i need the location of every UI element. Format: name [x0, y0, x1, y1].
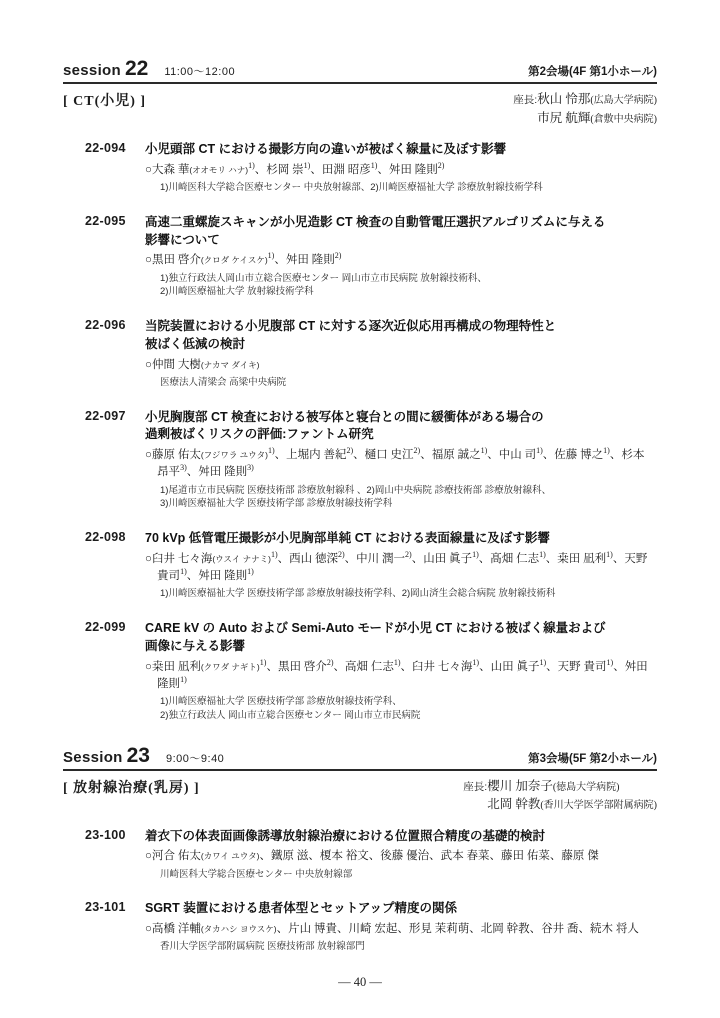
session-time: 9:00〜9:40 — [166, 750, 224, 766]
author-name: 桒田 凪利 — [152, 661, 201, 673]
author-name: 高橋 洋輔 — [152, 923, 201, 935]
author-separator: 、 — [308, 850, 320, 862]
author-separator: 、 — [369, 850, 381, 862]
presentation-body: CARE kV の Auto および Semi-Auto モードが小児 CT に… — [145, 620, 657, 723]
author-kana: (クロダ ケイスケ) — [201, 255, 268, 265]
session-venue: 第2会場(4F 第1小ホール) — [528, 63, 657, 79]
session-chairs: 座長:櫻川 加奈子(徳島大学病院)北岡 幹教(香川大学医学部附属病院) — [463, 777, 657, 814]
chair-label: 座長: — [513, 90, 537, 107]
author-affiliation-superscript: 1) — [603, 446, 610, 455]
chair-person-name: 北岡 幹教 — [487, 797, 540, 811]
program-page: session2211:00〜12:00第2会場(4F 第1小ホール)[ CT(… — [0, 0, 720, 1018]
author-name: 山田 眞子 — [491, 661, 540, 673]
author-separator: 、 — [546, 661, 558, 673]
presentation-body: 高速二重螺旋スキャンが小児造影 CT 検査の自動管電圧選択アルゴリズムに与える影… — [145, 214, 657, 299]
chair-affiliation: (倉敷中央病院) — [590, 114, 657, 125]
author-affiliation-superscript: 2) — [338, 550, 345, 559]
presenter-circle-mark: ○ — [145, 254, 152, 266]
presentation-title-line: 小児頭部 CT における撮影方向の違いが被ばく線量に及ぼす影響 — [145, 141, 657, 159]
session-number: 22 — [125, 58, 148, 79]
presentation-authors: ○河合 佑太(カワイ ユウタ)、鐵原 滋、榎本 裕文、後藤 優治、武本 春菜、藤… — [145, 848, 657, 865]
chair-affiliation: (徳島大学病院) — [553, 782, 620, 793]
session-22: session2211:00〜12:00第2会場(4F 第1小ホール)[ CT(… — [63, 58, 657, 723]
presentation-body: 小児頭部 CT における撮影方向の違いが被ばく線量に及ぼす影響○大森 華(オオモ… — [145, 141, 657, 195]
author-name: 臼井 七々海 — [152, 553, 212, 565]
presentation-title-line: 画像に与える影響 — [145, 638, 657, 656]
author-affiliation-superscript: 3) — [180, 463, 187, 472]
author-separator: 、 — [275, 449, 287, 461]
presenter-circle-mark: ○ — [145, 553, 152, 565]
presentation-affiliations: 1)川崎医療福祉大学 医療技術学部 診療放射線技術学科、2)独立行政法人 岡山市… — [145, 695, 657, 723]
presentation-affiliations: 香川大学医学部附属病院 医療技術部 放射線部門 — [145, 940, 657, 954]
affiliation-line: 2)川崎医療福祉大学 放射線技術学科 — [160, 285, 657, 299]
author-separator: 、 — [278, 553, 290, 565]
author-name: 武本 春菜 — [441, 850, 490, 862]
presentation-code: 23-101 — [85, 900, 145, 954]
author-affiliation-superscript: 3) — [247, 463, 254, 472]
author-name: 高畑 仁志 — [345, 661, 394, 673]
affiliation-line: 1)川崎医療福祉大学 医療技術学部 診療放射線技術学科、 — [160, 695, 657, 709]
author-name: 続木 将人 — [590, 923, 639, 935]
presentation-code: 22-096 — [85, 318, 145, 390]
author-name: 藤原 佑太 — [152, 449, 201, 461]
presentation-item: 22-095高速二重螺旋スキャンが小児造影 CT 検査の自動管電圧選択アルゴリズ… — [63, 214, 657, 299]
presentation-item: 22-096当院装置における小児腹部 CT に対する逐次近似応用再構成の物理特性… — [63, 318, 657, 390]
chair-row: 北岡 幹教(香川大学医学部附属病院) — [487, 795, 657, 814]
author-separator: 、 — [487, 449, 499, 461]
presenter-circle-mark: ○ — [145, 850, 152, 862]
author-name: 舛田 隆則 — [389, 164, 438, 176]
presentation-title: CARE kV の Auto および Semi-Auto モードが小児 CT に… — [145, 620, 657, 656]
author-separator: 、 — [490, 850, 502, 862]
presenter-circle-mark: ○ — [145, 923, 152, 935]
author-separator: 、 — [479, 661, 491, 673]
affiliation-line: 1)独立行政法人岡山市立総合医療センター 岡山市立市民病院 放射線技術科、 — [160, 272, 657, 286]
presentation-code: 22-098 — [85, 530, 145, 601]
author-name: 中山 司 — [499, 449, 536, 461]
chair-affiliation: (広島大学病院) — [590, 95, 657, 106]
presentation-title-line: 70 kVp 低管電圧撮影が小児胸部単純 CT における表面線量に及ぼす影響 — [145, 530, 657, 548]
presentation-authors: ○大森 華(オオモリ ハナ)1)、杉岡 崇1)、田淵 昭彦1)、舛田 隆則2) — [145, 162, 657, 179]
author-separator: 、 — [334, 661, 346, 673]
author-separator: 、 — [479, 553, 491, 565]
session-category: [ CT(小児) ] — [63, 90, 146, 127]
presentation-authors: ○高橋 洋輔(タカハシ ヨウスケ)、片山 博貴、川崎 宏起、形見 茉莉萌、北岡 … — [145, 921, 657, 938]
author-name: 黒田 啓介 — [152, 254, 201, 266]
author-name: 杉岡 崇 — [266, 164, 303, 176]
presentation-code: 22-097 — [85, 409, 145, 512]
author-separator: 、 — [412, 553, 424, 565]
presentation-item: 23-100着衣下の体表面画像誘導放射線治療における位置照合精度の基礎的検討○河… — [63, 828, 657, 882]
author-separator: 、 — [377, 164, 389, 176]
author-affiliation-superscript: 2) — [405, 550, 412, 559]
author-separator: 、 — [345, 553, 357, 565]
author-affiliation-superscript: 1) — [247, 567, 254, 576]
session-meta: [ CT(小児) ]座長:秋山 怜那(広島大学病院)市尻 航輝(倉敷中央病院) — [63, 90, 657, 127]
author-kana: (フジワラ ユウタ) — [201, 450, 268, 460]
presentation-authors: ○仲間 大樹(ナカマ ダイキ) — [145, 357, 657, 374]
author-name: 後藤 優治 — [380, 850, 429, 862]
presentation-affiliations: 1)独立行政法人岡山市立総合医療センター 岡山市立市民病院 放射線技術科、2)川… — [145, 272, 657, 300]
presentation-affiliations: 1)川崎医科大学総合医療センター 中央放射線部、2)川崎医療福祉大学 診療放射線… — [145, 181, 657, 195]
presentation-code: 22-095 — [85, 214, 145, 299]
author-affiliation-superscript: 1) — [271, 550, 278, 559]
presentation-item: 22-099CARE kV の Auto および Semi-Auto モードが小… — [63, 620, 657, 723]
presentation-title: 小児頭部 CT における撮影方向の違いが被ばく線量に及ぼす影響 — [145, 141, 657, 159]
author-separator: 、 — [420, 449, 432, 461]
author-separator: 、 — [543, 449, 555, 461]
presentation-item: 22-094小児頭部 CT における撮影方向の違いが被ばく線量に及ぼす影響○大森… — [63, 141, 657, 195]
presenter-circle-mark: ○ — [145, 449, 152, 461]
presentation-body: 小児胸腹部 CT 検査における被写体と寝台との間に緩衝体がある場合の過剰被ばくリ… — [145, 409, 657, 512]
author-affiliation-superscript: 1) — [248, 161, 255, 170]
presentation-title-line: CARE kV の Auto および Semi-Auto モードが小児 CT に… — [145, 620, 657, 638]
session-number: 23 — [127, 745, 150, 766]
presentation-title: 当院装置における小児腹部 CT に対する逐次近似応用再構成の物理特性と被ばく低減… — [145, 318, 657, 354]
author-name: 藤田 佑菜 — [501, 850, 550, 862]
chair-person-name: 市尻 航輝 — [537, 111, 590, 125]
author-separator: 、 — [353, 449, 365, 461]
session-header: session2211:00〜12:00第2会場(4F 第1小ホール) — [63, 58, 657, 84]
author-name: 山田 眞子 — [423, 553, 472, 565]
author-separator: 、 — [187, 466, 199, 478]
presentation-title-line: 高速二重螺旋スキャンが小児造影 CT 検査の自動管電圧選択アルゴリズムに与える — [145, 214, 657, 232]
presentation-item: 22-097小児胸腹部 CT 検査における被写体と寝台との間に緩衝体がある場合の… — [63, 409, 657, 512]
author-name: 桒田 凪利 — [557, 553, 606, 565]
author-affiliation-superscript: 1) — [180, 675, 187, 684]
presentation-title-line: 被ばく低減の検討 — [145, 336, 657, 354]
presentation-title-line: 過剰被ばくリスクの評価:ファントム研究 — [145, 426, 657, 444]
author-separator: 、 — [578, 923, 590, 935]
session-label: session — [63, 62, 121, 79]
author-separator: 、 — [401, 661, 413, 673]
presentation-list: 23-100着衣下の体表面画像誘導放射線治療における位置照合精度の基礎的検討○河… — [63, 828, 657, 955]
author-separator: 、 — [337, 923, 349, 935]
author-separator: 、 — [530, 923, 542, 935]
presentation-title: SGRT 装置における患者体型とセットアップ精度の関係 — [145, 900, 657, 918]
author-affiliation-superscript: 1) — [606, 550, 613, 559]
author-name: 大森 華 — [152, 164, 189, 176]
author-kana: (タカハシ ヨウスケ) — [201, 924, 277, 934]
author-separator: 、 — [613, 661, 625, 673]
presentation-title-line: 小児胸腹部 CT 検査における被写体と寝台との間に緩衝体がある場合の — [145, 409, 657, 427]
author-name: 上堀内 善紀 — [286, 449, 346, 461]
presentation-affiliations: 川崎医科大学総合医療センター 中央放射線部 — [145, 868, 657, 882]
author-kana: (カワイ ユウタ) — [201, 851, 260, 861]
author-name: 佐藤 博之 — [554, 449, 603, 461]
presentation-code: 23-100 — [85, 828, 145, 882]
author-name: 谷井 喬 — [541, 923, 578, 935]
author-affiliation-superscript: 2) — [335, 251, 342, 260]
chair-name-list: 櫻川 加奈子(徳島大学病院)北岡 幹教(香川大学医学部附属病院) — [487, 777, 657, 814]
author-separator: 、 — [260, 850, 272, 862]
author-name: 北岡 幹教 — [481, 923, 530, 935]
session-category: [ 放射線治療(乳房) ] — [63, 777, 200, 814]
page-footer: ― 40 ― — [0, 975, 720, 990]
page-number: ― 40 ― — [338, 975, 382, 989]
presentation-authors: ○黒田 啓介(クロダ ケイスケ)1)、舛田 隆則2) — [145, 252, 657, 269]
author-separator: 、 — [610, 449, 622, 461]
presentation-title-line: 影響について — [145, 232, 657, 250]
author-affiliation-superscript: 1) — [394, 658, 401, 667]
affiliation-line: 2)独立行政法人 岡山市立総合医療センター 岡山市立市民病院 — [160, 709, 657, 723]
author-separator: 、 — [550, 850, 562, 862]
author-name: 藤原 傑 — [561, 850, 598, 862]
author-kana: (ナカマ ダイキ) — [201, 360, 260, 370]
presentation-affiliations: 1)川崎医療福祉大学 医療技術学部 診療放射線技術学科、2)岡山済生会総合病院 … — [145, 587, 657, 601]
presentation-title: 70 kVp 低管電圧撮影が小児胸部単純 CT における表面線量に及ぼす影響 — [145, 530, 657, 548]
author-name: 形見 茉莉萌 — [409, 923, 469, 935]
presentation-title-line: 当院装置における小児腹部 CT に対する逐次近似応用再構成の物理特性と — [145, 318, 657, 336]
presentation-list: 22-094小児頭部 CT における撮影方向の違いが被ばく線量に及ぼす影響○大森… — [63, 141, 657, 723]
presentation-title-line: SGRT 装置における患者体型とセットアップ精度の関係 — [145, 900, 657, 918]
chair-row: 櫻川 加奈子(徳島大学病院) — [487, 777, 657, 796]
presentation-authors: ○藤原 佑太(フジワラ ユウタ)1)、上堀内 善紀2)、樋口 史江2)、福原 誠… — [145, 447, 657, 482]
affiliation-line: 医療法人清梁会 高梁中央病院 — [160, 376, 657, 390]
presentation-body: 着衣下の体表面画像誘導放射線治療における位置照合精度の基礎的検討○河合 佑太(カ… — [145, 828, 657, 882]
session-meta: [ 放射線治療(乳房) ]座長:櫻川 加奈子(徳島大学病院)北岡 幹教(香川大学… — [63, 777, 657, 814]
presentation-affiliations: 1)尾道市立市民病院 医療技術部 診療放射線科 、2)岡山中央病院 診療技術部 … — [145, 484, 657, 512]
presentation-title: 着衣下の体表面画像誘導放射線治療における位置照合精度の基礎的検討 — [145, 828, 657, 846]
presentation-title-line: 着衣下の体表面画像誘導放射線治療における位置照合精度の基礎的検討 — [145, 828, 657, 846]
affiliation-line: 3)川崎医療福祉大学 医療技術学部 診療放射線技術学科 — [160, 497, 657, 511]
author-separator: 、 — [187, 570, 199, 582]
author-separator: 、 — [310, 164, 322, 176]
presentation-title: 小児胸腹部 CT 検査における被写体と寝台との間に緩衝体がある場合の過剰被ばくリ… — [145, 409, 657, 445]
author-name: 川崎 宏起 — [348, 923, 397, 935]
author-separator: 、 — [469, 923, 481, 935]
author-name: 福原 誠之 — [432, 449, 481, 461]
author-name: 河合 佑太 — [152, 850, 201, 862]
chair-row: 市尻 航輝(倉敷中央病院) — [537, 109, 657, 128]
author-name: 榎本 裕文 — [320, 850, 369, 862]
chair-affiliation: (香川大学医学部附属病院) — [540, 800, 657, 811]
chair-row: 秋山 怜那(広島大学病院) — [537, 90, 657, 109]
presentation-authors: ○臼井 七々海(ウスイ ナナミ)1)、西山 徳深2)、中川 潤一2)、山田 眞子… — [145, 551, 657, 586]
author-name: 黒田 啓介 — [278, 661, 327, 673]
author-name: 片山 博貴 — [288, 923, 337, 935]
session-time: 11:00〜12:00 — [164, 63, 235, 79]
author-separator: 、 — [277, 923, 289, 935]
author-name: 樋口 史江 — [365, 449, 414, 461]
author-affiliation-superscript: 1) — [180, 567, 187, 576]
author-affiliation-superscript: 1) — [539, 550, 546, 559]
author-separator: 、 — [266, 661, 278, 673]
chair-name-list: 秋山 怜那(広島大学病院)市尻 航輝(倉敷中央病院) — [537, 90, 657, 127]
presentation-code: 22-094 — [85, 141, 145, 195]
session-header: Session239:00〜9:40第3会場(5F 第2小ホール) — [63, 745, 657, 771]
author-separator: 、 — [613, 553, 625, 565]
author-kana: (ウスイ ナナミ) — [212, 554, 271, 564]
presentation-body: 70 kVp 低管電圧撮影が小児胸部単純 CT における表面線量に及ぼす影響○臼… — [145, 530, 657, 601]
author-separator: 、 — [397, 923, 409, 935]
chair-label: 座長: — [463, 777, 487, 794]
author-separator: 、 — [429, 850, 441, 862]
author-name: 仲間 大樹 — [152, 359, 201, 371]
presenter-circle-mark: ○ — [145, 359, 152, 371]
session-chairs: 座長:秋山 怜那(広島大学病院)市尻 航輝(倉敷中央病院) — [513, 90, 657, 127]
author-affiliation-superscript: 2) — [438, 161, 445, 170]
author-affiliation-superscript: 1) — [472, 550, 479, 559]
presentation-affiliations: 医療法人清梁会 高梁中央病院 — [145, 376, 657, 390]
presenter-circle-mark: ○ — [145, 661, 152, 673]
chair-person-name: 秋山 怜那 — [537, 92, 590, 106]
session-label: Session — [63, 749, 123, 766]
author-name: 臼井 七々海 — [412, 661, 472, 673]
affiliation-line: 1)川崎医科大学総合医療センター 中央放射線部、2)川崎医療福祉大学 診療放射線… — [160, 181, 657, 195]
author-separator: 、 — [546, 553, 558, 565]
author-name: 舛田 隆則 — [198, 570, 247, 582]
author-separator: 、 — [274, 254, 286, 266]
affiliation-line: 1)川崎医療福祉大学 医療技術学部 診療放射線技術学科、2)岡山済生会総合病院 … — [160, 587, 657, 601]
presentation-authors: ○桒田 凪利(クワダ ナギト)1)、黒田 啓介2)、高畑 仁志1)、臼井 七々海… — [145, 659, 657, 694]
presentation-body: 当院装置における小児腹部 CT に対する逐次近似応用再構成の物理特性と被ばく低減… — [145, 318, 657, 390]
presentation-title: 高速二重螺旋スキャンが小児造影 CT 検査の自動管電圧選択アルゴリズムに与える影… — [145, 214, 657, 250]
author-name: 田淵 昭彦 — [322, 164, 371, 176]
author-kana: (オオモリ ハナ) — [189, 165, 248, 175]
presentation-item: 22-09870 kVp 低管電圧撮影が小児胸部単純 CT における表面線量に及… — [63, 530, 657, 601]
presentation-body: SGRT 装置における患者体型とセットアップ精度の関係○高橋 洋輔(タカハシ ヨ… — [145, 900, 657, 954]
author-separator: 、 — [255, 164, 267, 176]
author-affiliation-superscript: 1) — [268, 446, 275, 455]
author-name: 中川 潤一 — [356, 553, 405, 565]
author-name: 髙畑 仁志 — [490, 553, 539, 565]
affiliation-line: 香川大学医学部附属病院 医療技術部 放射線部門 — [160, 940, 657, 954]
author-name: 舛田 隆則 — [286, 254, 335, 266]
session-23: Session239:00〜9:40第3会場(5F 第2小ホール)[ 放射線治療… — [63, 745, 657, 955]
author-affiliation-superscript: 1) — [536, 446, 543, 455]
presenter-circle-mark: ○ — [145, 164, 152, 176]
author-name: 西山 徳深 — [289, 553, 338, 565]
session-venue: 第3会場(5F 第2小ホール) — [528, 750, 657, 766]
chair-person-name: 櫻川 加奈子 — [487, 779, 553, 793]
presentation-item: 23-101SGRT 装置における患者体型とセットアップ精度の関係○高橋 洋輔(… — [63, 900, 657, 954]
author-affiliation-superscript: 2) — [327, 658, 334, 667]
affiliation-line: 川崎医科大学総合医療センター 中央放射線部 — [160, 868, 657, 882]
presentation-code: 22-099 — [85, 620, 145, 723]
author-name: 舛田 隆則 — [198, 466, 247, 478]
affiliation-line: 1)尾道市立市民病院 医療技術部 診療放射線科 、2)岡山中央病院 診療技術部 … — [160, 484, 657, 498]
author-kana: (クワダ ナギト) — [201, 662, 260, 672]
author-name: 天野 貴司 — [558, 661, 607, 673]
author-name: 鐵原 滋 — [271, 850, 308, 862]
sessions-container: session2211:00〜12:00第2会場(4F 第1小ホール)[ CT(… — [63, 58, 657, 954]
